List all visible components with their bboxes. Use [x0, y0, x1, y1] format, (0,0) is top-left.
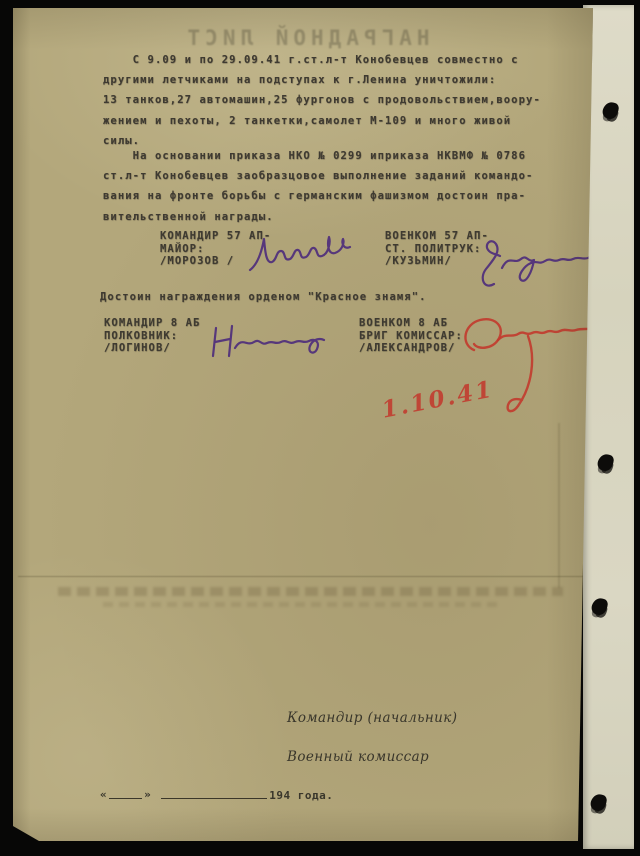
faint-crease-line [18, 576, 584, 577]
vertical-crease [558, 423, 560, 588]
torn-binder-hole [590, 445, 622, 481]
open-quote: « [100, 788, 107, 801]
torn-binder-hole [584, 589, 616, 625]
document-page: НАГРАДНОЙ ЛИСТ С 9.09 и по 29.09.41 г.ст… [13, 8, 593, 841]
faint-bleed-text-band [58, 587, 563, 596]
signature-alexandrov [450, 306, 598, 426]
torn-binder-hole [595, 93, 627, 129]
faint-bleed-text-band [103, 602, 503, 607]
award-recommendation-line: Достоин награждения орденом "Красное зна… [100, 287, 427, 307]
close-quote: » [144, 788, 151, 801]
footer-commander-label: Командир (начальник) [287, 710, 457, 726]
signature-loginov [208, 316, 336, 366]
footer-commissar-label: Военный комиссар [287, 749, 429, 765]
year-suffix: 194 года. [269, 789, 333, 802]
bleed-through-title: НАГРАДНОЙ ЛИСТ [141, 26, 471, 50]
blank-day-field [109, 788, 142, 799]
paragraph-combat-results: С 9.09 и по 29.09.41 г.ст.л-т Конобевцев… [103, 50, 541, 151]
torn-binder-hole [583, 785, 615, 821]
hole-core [590, 596, 610, 617]
hole-core [596, 452, 616, 473]
sig-block-commissar-8ab: ВОЕНКОМ 8 АБ БРИГ КОМИССАР: /АЛЕКСАНДРОВ… [359, 317, 463, 355]
scanned-document: НАГРАДНОЙ ЛИСТ С 9.09 и по 29.09.41 г.ст… [0, 0, 640, 856]
signature-kuzmin [476, 232, 598, 298]
paragraph-order-basis: На основании приказа НКО № 0299 иприказа… [103, 146, 533, 227]
hole-core [601, 100, 621, 121]
signature-morozov [246, 230, 354, 282]
sig-block-commander-8ab: КОМАНДИР 8 АБ ПОЛКОВНИК: /ЛОГИНОВ/ [104, 317, 200, 355]
sig-block-commissar-57ap: ВОЕНКОМ 57 АП- СТ. ПОЛИТРУК: /КУЗЬМИН/ [385, 230, 489, 268]
hole-core [589, 792, 609, 813]
blank-month-field [161, 788, 267, 799]
blank-date-line: «»194 года. [100, 788, 333, 802]
